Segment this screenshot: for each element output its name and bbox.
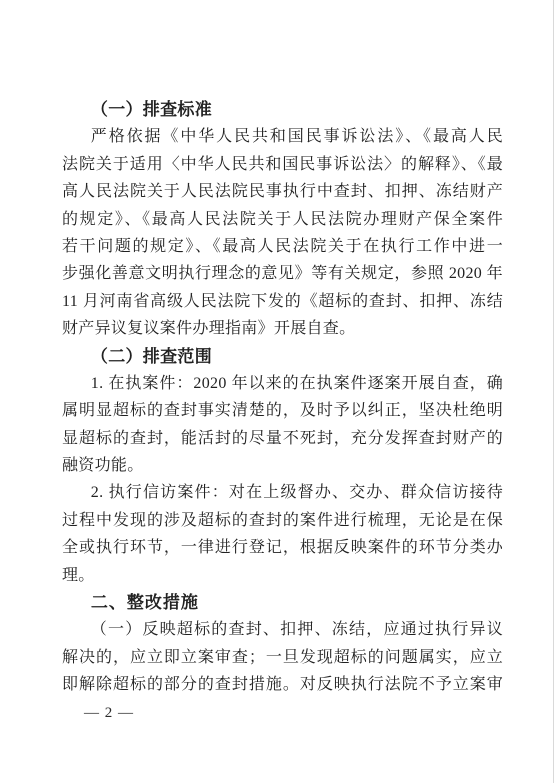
text-line: 11 月河南省高级人民法院下发的《超标的查封、扣押、冻结 — [62, 288, 503, 315]
text-line: 财产异议复议案件办理指南》开展自查。 — [62, 315, 503, 342]
text-line: 法院关于适用〈中华人民共和国民事诉讼法〉的解释》、《最 — [62, 151, 503, 178]
page-number: — 2 — — [84, 703, 134, 723]
text-line: 解决的，应立即立案审查；一旦发现超标的问题属实，应立 — [62, 644, 503, 671]
text-line: 严格依据《中华人民共和国民事诉讼法》、《最高人民 — [62, 123, 503, 150]
section-heading: （二）排查范围 — [62, 343, 503, 370]
text-line: 融资功能。 — [62, 452, 503, 479]
text-line: 若干问题的规定》、《最高人民法院关于在执行工作中进一 — [62, 233, 503, 260]
text-line: 1. 在执案件：2020 年以来的在执案件逐案开展自查，确 — [62, 370, 503, 397]
document-page: （一）排查标准严格依据《中华人民共和国民事诉讼法》、《最高人民法院关于适用〈中华… — [0, 0, 557, 783]
text-line: 全或执行环节，一律进行登记，根据反映案件的环节分类办 — [62, 534, 503, 561]
scan-edge-line — [553, 0, 554, 783]
section-heading: （一）排查标准 — [62, 96, 503, 123]
document-body: （一）排查标准严格依据《中华人民共和国民事诉讼法》、《最高人民法院关于适用〈中华… — [62, 96, 503, 699]
text-line: 理。 — [62, 562, 503, 589]
text-line: 显超标的查封，能活封的尽量不死封，充分发挥查封财产的 — [62, 425, 503, 452]
text-line: 过程中发现的涉及超标的查封的案件进行梳理，无论是在保 — [62, 507, 503, 534]
text-line: 步强化善意文明执行理念的意见》等有关规定，参照 2020 年 — [62, 260, 503, 287]
section-heading: 二、整改措施 — [62, 589, 503, 616]
text-line: （一）反映超标的查封、扣押、冻结，应通过执行异议 — [62, 616, 503, 643]
text-line: 即解除超标的部分的查封措施。对反映执行法院不予立案审 — [62, 671, 503, 698]
text-line: 高人民法院关于人民法院民事执行中查封、扣押、冻结财产 — [62, 178, 503, 205]
text-line: 属明显超标的查封事实清楚的，及时予以纠正，坚决杜绝明 — [62, 397, 503, 424]
text-line: 的规定》、《最高人民法院关于人民法院办理财产保全案件 — [62, 206, 503, 233]
text-line: 2. 执行信访案件：对在上级督办、交办、群众信访接待 — [62, 479, 503, 506]
